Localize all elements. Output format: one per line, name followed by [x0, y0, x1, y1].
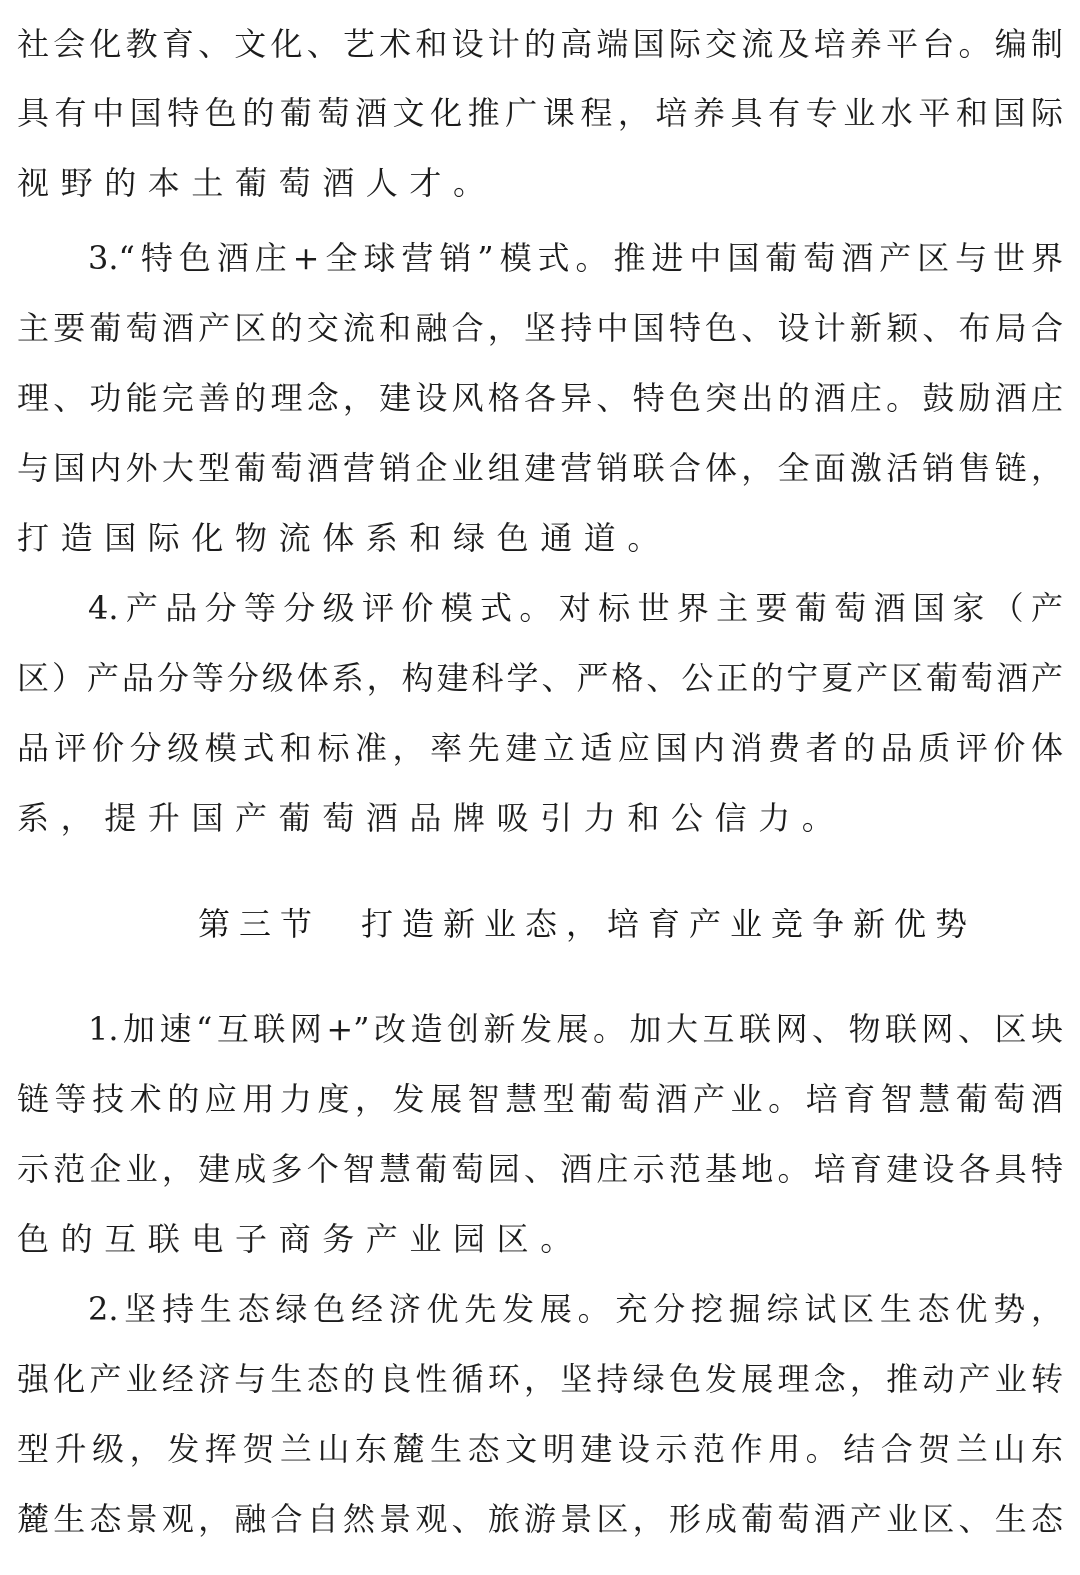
- text-line: 色的互联电子商务产业园区。: [17, 1219, 1063, 1259]
- text-line: 视野的本土葡萄酒人才。: [17, 163, 1063, 203]
- document-page: 社会化教育、文化、艺术和设计的高端国际交流及培养平台。编制 具有中国特色的葡萄酒…: [0, 0, 1080, 1575]
- text-line: 示范企业，建成多个智慧葡萄园、酒庄示范基地。培育建设各具特: [17, 1149, 1063, 1189]
- text-line: 社会化教育、文化、艺术和设计的高端国际交流及培养平台。编制: [17, 24, 1063, 64]
- text-line: 1.加速“互联网+”改造创新发展。加大互联网、物联网、区块: [88, 1009, 1063, 1049]
- section-title: 打造新业态，培育产业竞争新优势: [361, 905, 976, 943]
- text-line: 麓生态景观，融合自然景观、旅游景区，形成葡萄酒产业区、生态: [17, 1499, 1063, 1539]
- text-line: 具有中国特色的葡萄酒文化推广课程，培养具有专业水平和国际: [17, 93, 1063, 133]
- text-line: 链等技术的应用力度，发展智慧型葡萄酒产业。培育智慧葡萄酒: [17, 1079, 1063, 1119]
- text-line: 型升级，发挥贺兰山东麓生态文明建设示范作用。结合贺兰山东: [17, 1429, 1063, 1469]
- section-heading: 第三节打造新业态，培育产业竞争新优势: [198, 902, 976, 946]
- text-line: 理、功能完善的理念，建设风格各异、特色突出的酒庄。鼓励酒庄: [17, 378, 1063, 418]
- text-line: 3.“特色酒庄+全球营销”模式。推进中国葡萄酒产区与世界: [88, 238, 1063, 278]
- text-line: 2.坚持生态绿色经济优先发展。充分挖掘综试区生态优势，: [88, 1289, 1063, 1329]
- text-line: 主要葡萄酒产区的交流和融合，坚持中国特色、设计新颖、布局合: [17, 308, 1063, 348]
- section-number: 第三节: [198, 905, 321, 943]
- text-line: 与国内外大型葡萄酒营销企业组建营销联合体，全面激活销售链，: [17, 448, 1063, 488]
- text-line: 打造国际化物流体系和绿色通道。: [17, 518, 1063, 558]
- text-line: 区）产品分等分级体系，构建科学、严格、公正的宁夏产区葡萄酒产: [17, 658, 1063, 698]
- text-line: 品评价分级模式和标准，率先建立适应国内消费者的品质评价体: [17, 728, 1063, 768]
- text-line: 系，提升国产葡萄酒品牌吸引力和公信力。: [17, 798, 1063, 838]
- text-line: 4.产品分等分级评价模式。对标世界主要葡萄酒国家（产: [88, 588, 1063, 628]
- text-line: 强化产业经济与生态的良性循环，坚持绿色发展理念，推动产业转: [17, 1359, 1063, 1399]
